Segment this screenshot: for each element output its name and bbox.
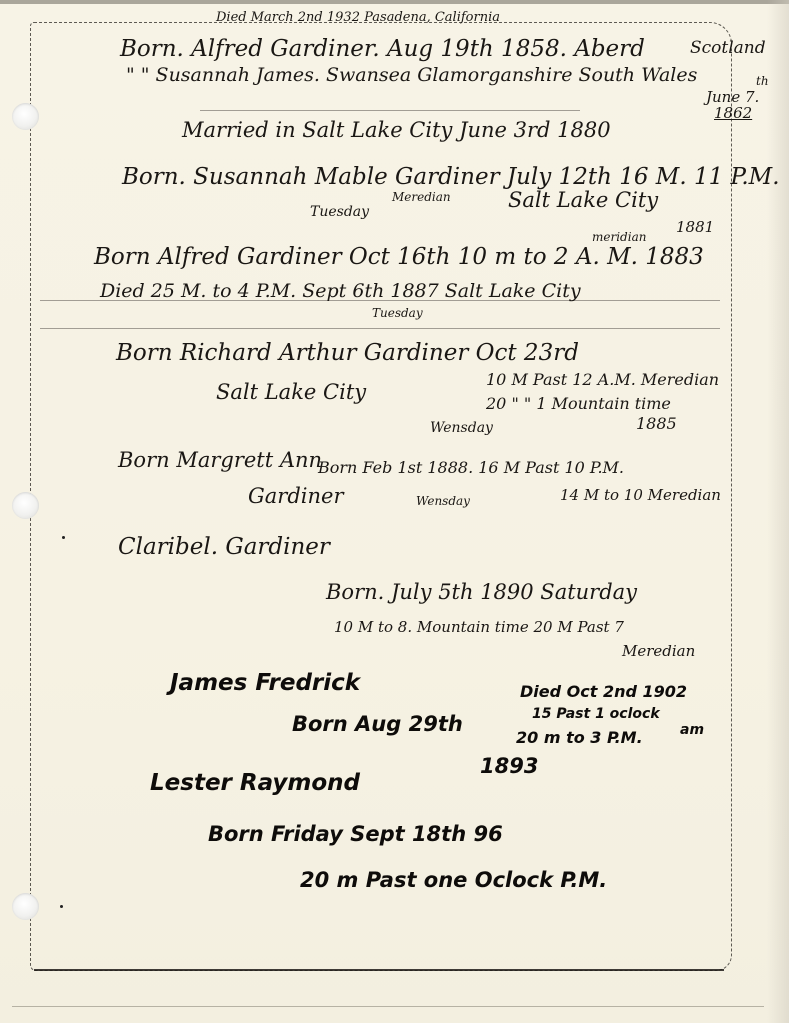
page-border-bottom (34, 969, 724, 971)
entry-richard-arthur-time-mountain: 20 " " 1 Mountain time (486, 394, 671, 413)
entry-james-fredrick-year: 1893 (480, 754, 538, 778)
entry-margrett-ann-day: Wensday (416, 494, 470, 508)
divider-line (200, 110, 580, 111)
entry-claribel-time: 10 M to 8. Mountain time 20 M Past 7 (334, 618, 624, 636)
entry-susannah-year: 1862 (714, 104, 752, 122)
entry-alfred-birthplace: Scotland (690, 38, 766, 58)
scan-top-edge (0, 0, 789, 4)
entry-james-fredrick-birth: Born Aug 29th (292, 712, 463, 736)
entry-james-fredrick-name: James Fredrick (170, 670, 360, 696)
entry-james-fredrick-death: Died Oct 2nd 1902 (520, 682, 687, 701)
entry-richard-arthur-year: 1885 (636, 414, 677, 433)
entry-marriage: Married in Salt Lake City June 3rd 1880 (182, 118, 611, 142)
entry-claribel-meridian: Meredian (622, 642, 695, 660)
entry-claribel-birth: Born. July 5th 1890 Saturday (326, 580, 637, 604)
scanned-document-page: Died March 2nd 1932 Pasadena, California… (0, 0, 789, 1023)
ink-dot (62, 536, 65, 539)
entry-susannah-mable-year: 1881 (676, 218, 714, 236)
punch-hole-icon (12, 893, 39, 920)
entry-susannah-mable-day: Tuesday (310, 204, 369, 220)
entry-james-fredrick-death-time1: 15 Past 1 oclock (532, 706, 660, 722)
divider-line (40, 328, 720, 329)
entry-alfred-jr-birth: Born Alfred Gardiner Oct 16th 10 m to 2 … (94, 244, 704, 270)
entry-lester-raymond-name: Lester Raymond (150, 770, 360, 796)
entry-richard-arthur-place: Salt Lake City (216, 380, 366, 404)
scan-bottom-edge (12, 1006, 764, 1007)
entry-james-fredrick-am: am (680, 722, 704, 738)
entry-susannah-sup: th (756, 74, 769, 88)
ink-dot (60, 905, 63, 908)
entry-susannah-james-birth: " " Susannah James. Swansea Glamorganshi… (126, 64, 697, 86)
entry-claribel-name: Claribel. Gardiner (118, 534, 330, 560)
punch-hole-icon (12, 492, 39, 519)
entry-richard-arthur-time-meridian: 10 M Past 12 A.M. Meredian (486, 370, 719, 389)
entry-alfred-jr-death-day: Tuesday (372, 306, 423, 320)
entry-margrett-ann-surname: Gardiner (248, 484, 343, 508)
entry-susannah-mable-birth: Born. Susannah Mable Gardiner July 12th … (122, 164, 780, 190)
entry-alfred-gardiner-birth: Born. Alfred Gardiner. Aug 19th 1858. Ab… (120, 36, 645, 62)
entry-margrett-ann-birth: Born Feb 1st 1888. 16 M Past 10 P.M. (318, 458, 624, 477)
scan-right-edge (767, 0, 789, 1023)
punch-hole-icon (12, 103, 39, 130)
entry-susannah-mable-meridian: Meredian (392, 190, 451, 204)
entry-richard-arthur-birth: Born Richard Arthur Gardiner Oct 23rd (116, 340, 579, 366)
death-note-header: Died March 2nd 1932 Pasadena, California (216, 10, 500, 25)
entry-alfred-jr-death: Died 25 M. to 4 P.M. Sept 6th 1887 Salt … (100, 280, 581, 302)
entry-susannah-mable-place: Salt Lake City (508, 188, 658, 212)
entry-lester-raymond-time: 20 m Past one Oclock P.M. (300, 868, 607, 892)
entry-margrett-ann-name: Born Margrett Ann (118, 448, 322, 472)
entry-margrett-ann-time: 14 M to 10 Meredian (560, 486, 721, 504)
entry-alfred-jr-meridian: meridian (592, 230, 646, 244)
entry-richard-arthur-day: Wensday (430, 420, 493, 436)
entry-james-fredrick-death-time2: 20 m to 3 P.M. (516, 728, 643, 747)
entry-lester-raymond-birth: Born Friday Sept 18th 96 (208, 822, 503, 846)
